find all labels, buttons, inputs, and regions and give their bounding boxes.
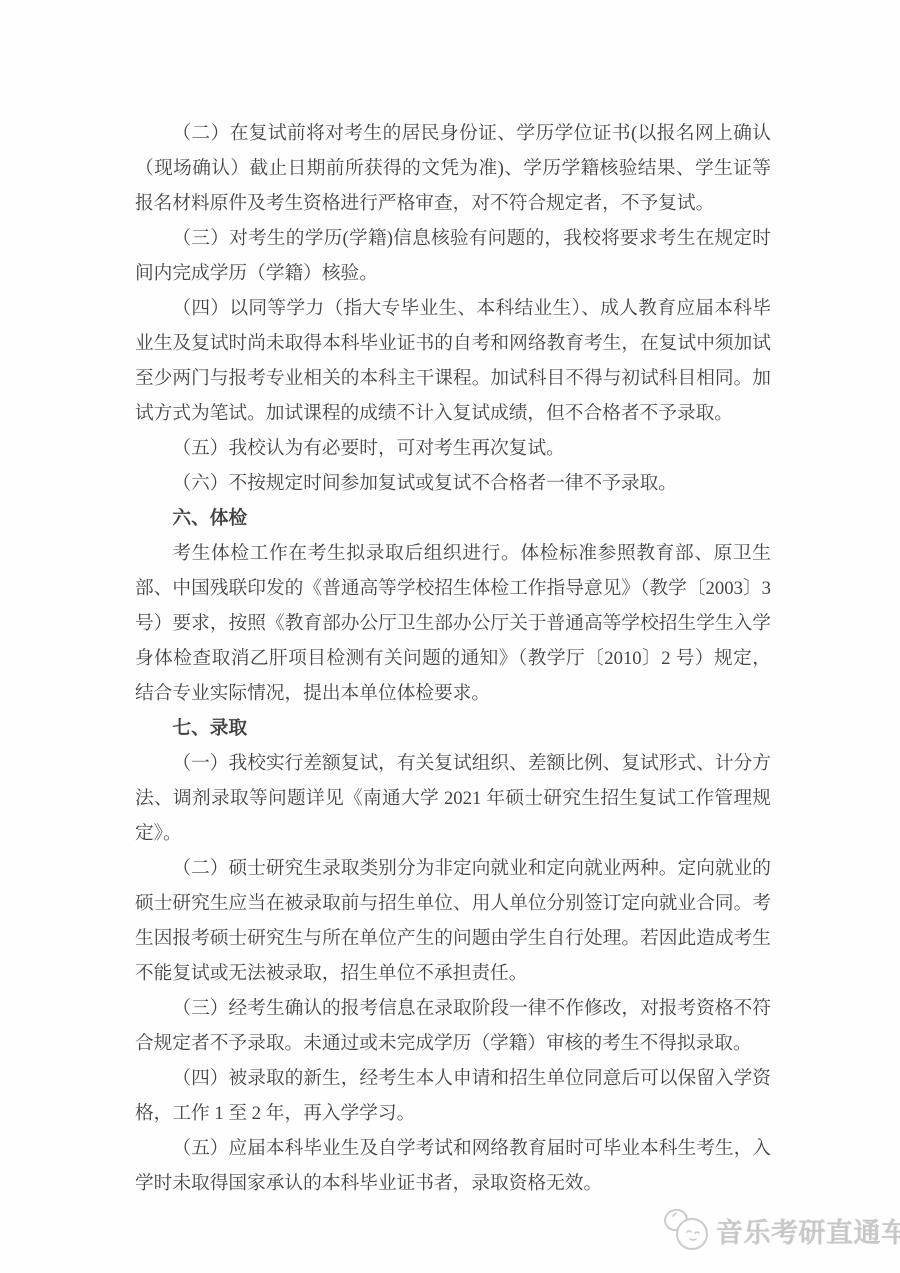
document-body: （二）在复试前将对考生的居民身份证、学历学位证书(以报名网上确认（现场确认）截止… xyxy=(135,116,771,1201)
section-heading: 七、录取 xyxy=(135,711,771,746)
paragraph: （五）应届本科毕业生及自学考试和网络教育届时可毕业本科生考生，入学时未取得国家承… xyxy=(135,1131,771,1201)
paragraph: 考生体检工作在考生拟录取后组织进行。体检标准参照教育部、原卫生部、中国残联印发的… xyxy=(135,536,771,711)
paragraph: （六）不按规定时间参加复试或复试不合格者一律不予录取。 xyxy=(135,466,771,501)
watermark-label: 音乐考研直通车 xyxy=(716,1211,900,1250)
paragraph: （二）硕士研究生录取类别分为非定向就业和定向就业两种。定向就业的硕士研究生应当在… xyxy=(135,851,771,991)
watermark-brand: 音乐考研直通车 xyxy=(662,1204,900,1256)
paragraph: （一）我校实行差额复试，有关复试组织、差额比例、复试形式、计分方法、调剂录取等问… xyxy=(135,746,771,851)
section-heading: 六、体检 xyxy=(135,501,771,536)
paragraph: （四）被录取的新生，经考生本人申请和招生单位同意后可以保留入学资格，工作 1 至… xyxy=(135,1061,771,1131)
mascot-logo-icon xyxy=(662,1206,712,1254)
paragraph: （三）经考生确认的报考信息在录取阶段一律不作修改，对报考资格不符合规定者不予录取… xyxy=(135,991,771,1061)
document-page: （二）在复试前将对考生的居民身份证、学历学位证书(以报名网上确认（现场确认）截止… xyxy=(0,0,900,1273)
paragraph: （五）我校认为有必要时，可对考生再次复试。 xyxy=(135,431,771,466)
paragraph: （二）在复试前将对考生的居民身份证、学历学位证书(以报名网上确认（现场确认）截止… xyxy=(135,116,771,221)
paragraph: （四）以同等学力（指大专毕业生、本科结业生）、成人教育应届本科毕业生及复试时尚未… xyxy=(135,291,771,431)
paragraph: （三）对考生的学历(学籍)信息核验有问题的，我校将要求考生在规定时间内完成学历（… xyxy=(135,221,771,291)
